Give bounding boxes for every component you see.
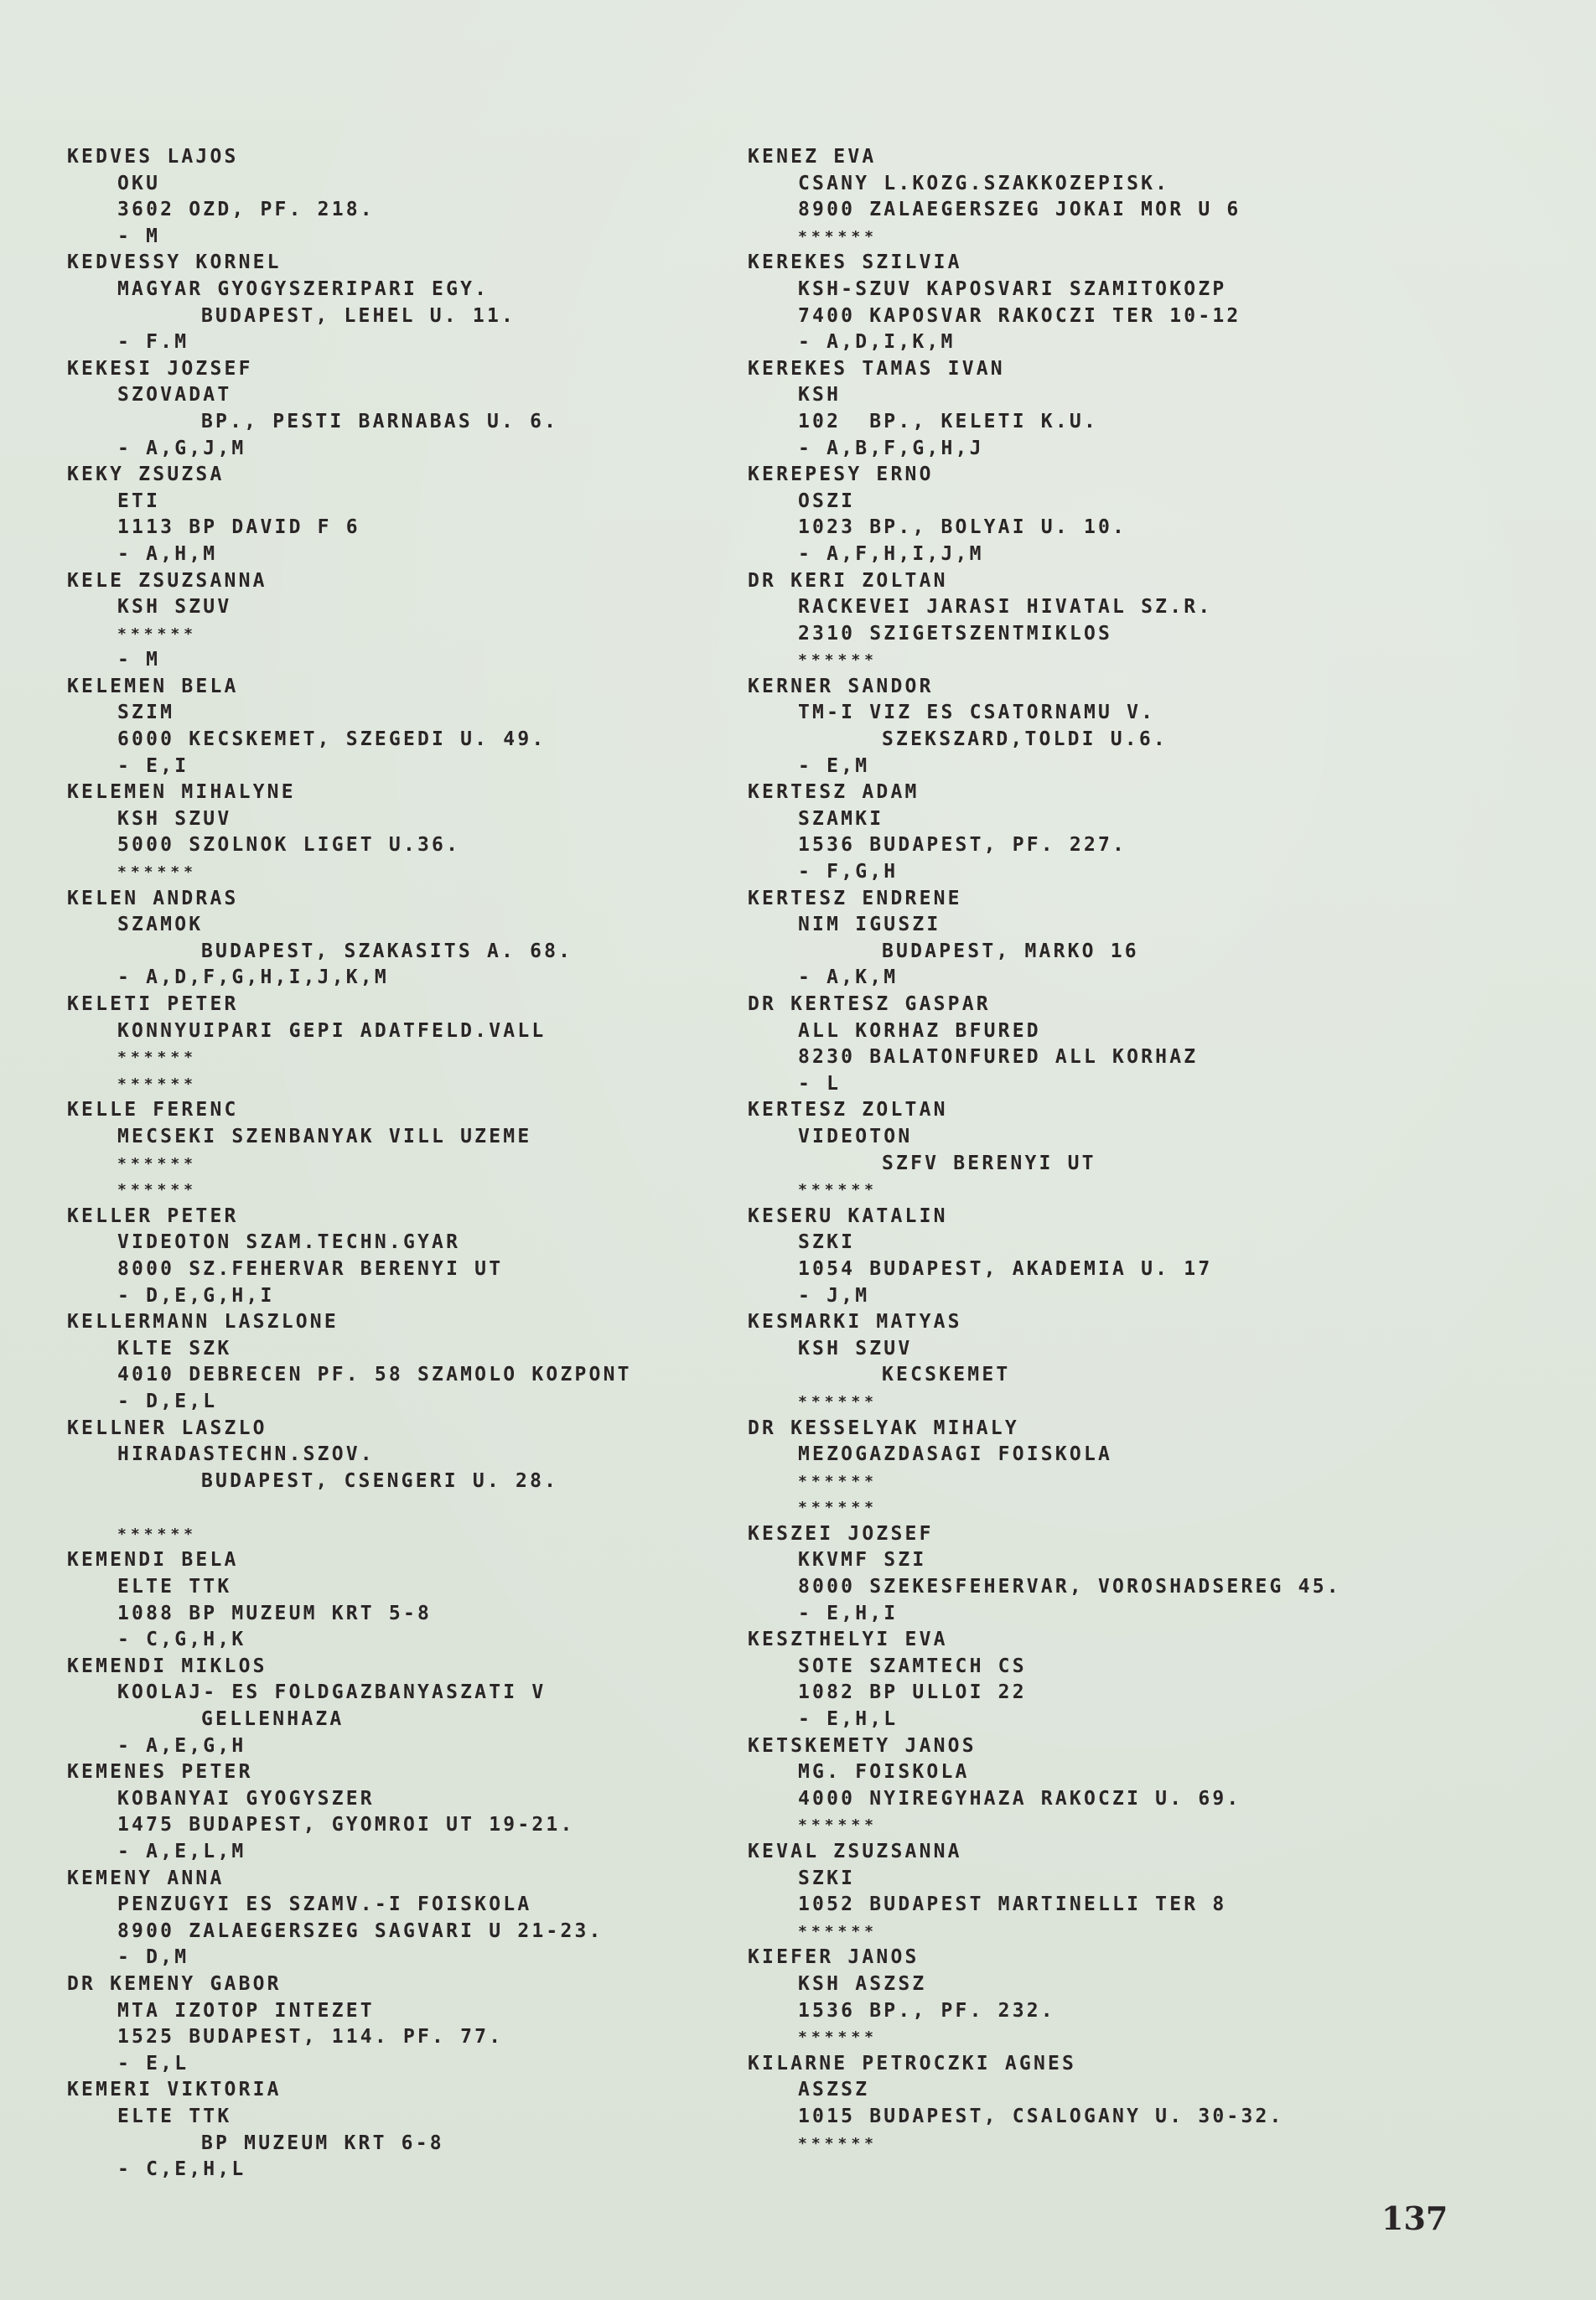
entry-name: KEMENDI MIKLOS — [67, 1654, 632, 1681]
entry-placeholder-stars: ****** — [748, 1469, 1341, 1495]
entry-address: 8900 ZALAEGERSZEG SAGVARI U 21-23. — [67, 1919, 632, 1945]
entry-detail-line: CSANY L.KOZG.SZAKKOZEPISK. — [748, 171, 1341, 198]
entry-address: 8000 SZEKESFEHERVAR, VOROSHADSEREG 45. — [748, 1574, 1341, 1601]
entry-detail-line: KSH SZUV — [67, 806, 632, 833]
entry-address: 1525 BUDAPEST, 114. PF. 77. — [67, 2024, 632, 2051]
directory-entry: KEKESI JOZSEFSZOVADATBP., PESTI BARNABAS… — [67, 356, 632, 462]
entry-address: 7400 KAPOSVAR RAKOCZI TER 10-12 — [748, 303, 1341, 330]
entry-address: 1113 BP DAVID F 6 — [67, 515, 632, 541]
entry-name: KEKY ZSUZSA — [67, 462, 632, 489]
entry-name: KEKESI JOZSEF — [67, 356, 632, 383]
page-number: 137 — [1381, 2199, 1448, 2237]
entry-placeholder-stars: ****** — [748, 2024, 1341, 2051]
directory-entry: KELLER PETERVIDEOTON SZAM.TECHN.GYAR8000… — [67, 1204, 632, 1309]
directory-entry: KILARNE PETROCZKI AGNESASZSZ1015 BUDAPES… — [748, 2051, 1341, 2157]
directory-column-left: KEDVES LAJOSOKU3602 OZD, PF. 218.- MKEDV… — [67, 144, 632, 2183]
entry-category-codes: - A,E,G,H — [67, 1733, 632, 1760]
entry-placeholder-stars: ****** — [67, 621, 632, 648]
entry-name: KERTESZ ADAM — [748, 780, 1341, 806]
entry-placeholder-stars: ****** — [748, 1812, 1341, 1839]
entry-name: DR KERTESZ GASPAR — [748, 992, 1341, 1018]
directory-entry: KEMENDI MIKLOSKOOLAJ- ES FOLDGAZBANYASZA… — [67, 1654, 632, 1759]
entry-address: 3602 OZD, PF. 218. — [67, 197, 632, 224]
entry-placeholder-stars: ****** — [748, 224, 1341, 251]
directory-column-right: KENEZ EVACSANY L.KOZG.SZAKKOZEPISK.8900 … — [748, 144, 1341, 2157]
directory-entry: KELE ZSUZSANNAKSH SZUV******- M — [67, 568, 632, 674]
entry-detail-line: SZIM — [67, 700, 632, 727]
entry-name: KESERU KATALIN — [748, 1204, 1341, 1230]
entry-detail-line: KKVMF SZI — [748, 1547, 1341, 1574]
entry-detail-line: KSH SZUV — [748, 1336, 1341, 1363]
entry-detail-line: PENZUGYI ES SZAMV.-I FOISKOLA — [67, 1892, 632, 1919]
entry-name: KEREKES TAMAS IVAN — [748, 356, 1341, 383]
entry-detail-line: ELTE TTK — [67, 1574, 632, 1601]
directory-entry: KEMERI VIKTORIAELTE TTKBP MUZEUM KRT 6-8… — [67, 2077, 632, 2183]
entry-category-codes: - A,F,H,I,J,M — [748, 541, 1341, 568]
entry-placeholder-stars: ****** — [748, 1494, 1341, 1521]
entry-name: KESMARKI MATYAS — [748, 1309, 1341, 1336]
entry-category-codes: - C,G,H,K — [67, 1627, 632, 1654]
entry-placeholder-stars: ****** — [748, 1177, 1341, 1204]
entry-address: 1536 BUDAPEST, PF. 227. — [748, 832, 1341, 859]
entry-placeholder-stars: ****** — [748, 2131, 1341, 2158]
entry-address: 1023 BP., BOLYAI U. 10. — [748, 515, 1341, 541]
entry-address: BUDAPEST, CSENGERI U. 28. — [67, 1469, 632, 1495]
entry-detail-line: MTA IZOTOP INTEZET — [67, 1998, 632, 2025]
entry-name: KELLERMANN LASZLONE — [67, 1309, 632, 1336]
entry-address: 5000 SZOLNOK LIGET U.36. — [67, 832, 632, 859]
entry-detail-line: KONNYUIPARI GEPI ADATFELD.VALL — [67, 1018, 632, 1045]
entry-category-codes: - D,E,G,H,I — [67, 1283, 632, 1310]
entry-detail-line: SZKI — [748, 1230, 1341, 1256]
entry-name: DR KERI ZOLTAN — [748, 568, 1341, 595]
entry-name: KEMENY ANNA — [67, 1866, 632, 1893]
entry-detail-line: TM-I VIZ ES CSATORNAMU V. — [748, 700, 1341, 727]
entry-name: KELEMEN BELA — [67, 674, 632, 701]
entry-detail-line: KSH SZUV — [67, 594, 632, 621]
entry-name: KEDVESSY KORNEL — [67, 250, 632, 277]
entry-detail-line: SZOVADAT — [67, 382, 632, 409]
entry-category-codes: - A,K,M — [748, 965, 1341, 992]
entry-address: BUDAPEST, SZAKASITS A. 68. — [67, 939, 632, 966]
entry-name: KERTESZ ZOLTAN — [748, 1097, 1341, 1124]
entry-detail-line: OSZI — [748, 489, 1341, 515]
directory-entry: KEDVESSY KORNELMAGYAR GYOGYSZERIPARI EGY… — [67, 250, 632, 355]
entry-placeholder-stars: ****** — [748, 1919, 1341, 1945]
entry-detail-line: RACKEVEI JARASI HIVATAL SZ.R. — [748, 594, 1341, 621]
entry-placeholder-stars: ****** — [67, 1071, 632, 1098]
entry-category-codes: - A,G,J,M — [67, 436, 632, 463]
entry-address: 4000 NYIREGYHAZA RAKOCZI U. 69. — [748, 1786, 1341, 1813]
entry-name: KEREKES SZILVIA — [748, 250, 1341, 277]
entry-address: 6000 KECSKEMET, SZEGEDI U. 49. — [67, 727, 632, 754]
entry-name: KELLNER LASZLO — [67, 1416, 632, 1443]
entry-detail-line: KLTE SZK — [67, 1336, 632, 1363]
entry-detail-line: SZAMOK — [67, 912, 632, 939]
entry-address: 4010 DEBRECEN PF. 58 SZAMOLO KOZPONT — [67, 1362, 632, 1389]
entry-address: 8000 SZ.FEHERVAR BERENYI UT — [67, 1256, 632, 1283]
directory-entry: KESMARKI MATYASKSH SZUVKECSKEMET****** — [748, 1309, 1341, 1415]
entry-address: BP MUZEUM KRT 6-8 — [67, 2131, 632, 2158]
entry-category-codes: - D,M — [67, 1945, 632, 1971]
directory-entry: KERTESZ ZOLTANVIDEOTONSZFV BERENYI UT***… — [748, 1097, 1341, 1203]
entry-address: SZEKSZARD,TOLDI U.6. — [748, 727, 1341, 754]
entry-name: KEREPESY ERNO — [748, 462, 1341, 489]
entry-name: KELE ZSUZSANNA — [67, 568, 632, 595]
entry-detail-line: MAGYAR GYOGYSZERIPARI EGY. — [67, 277, 632, 303]
entry-name: KESZTHELYI EVA — [748, 1627, 1341, 1654]
directory-entry: KIEFER JANOSKSH ASZSZ1536 BP., PF. 232.*… — [748, 1945, 1341, 2050]
entry-name: KIEFER JANOS — [748, 1945, 1341, 1971]
entry-placeholder-stars: ****** — [748, 1389, 1341, 1416]
entry-name: KELEN ANDRAS — [67, 886, 632, 913]
directory-entry: KEREKES SZILVIAKSH-SZUV KAPOSVARI SZAMIT… — [748, 250, 1341, 355]
entry-category-codes: - A,B,F,G,H,J — [748, 436, 1341, 463]
entry-detail-line: MEZOGAZDASAGI FOISKOLA — [748, 1442, 1341, 1469]
entry-name: KESZEI JOZSEF — [748, 1521, 1341, 1548]
directory-entry: KEMENDI BELAELTE TTK1088 BP MUZEUM KRT 5… — [67, 1547, 632, 1653]
entry-detail-line: MECSEKI SZENBANYAK VILL UZEME — [67, 1124, 632, 1151]
entry-name: KEMENDI BELA — [67, 1547, 632, 1574]
directory-entry: KEREKES TAMAS IVANKSH102 BP., KELETI K.U… — [748, 356, 1341, 462]
entry-name: KEVAL ZSUZSANNA — [748, 1839, 1341, 1866]
directory-entry: KEDVES LAJOSOKU3602 OZD, PF. 218.- M — [67, 144, 632, 250]
entry-name: DR KESSELYAK MIHALY — [748, 1416, 1341, 1443]
entry-placeholder-stars: ****** — [67, 1177, 632, 1204]
entry-detail-line: ELTE TTK — [67, 2104, 632, 2131]
entry-detail-line: KOBANYAI GYOGYSZER — [67, 1786, 632, 1813]
directory-entry: DR KERI ZOLTANRACKEVEI JARASI HIVATAL SZ… — [748, 568, 1341, 674]
entry-detail-line: MG. FOISKOLA — [748, 1759, 1341, 1786]
entry-category-codes: - L — [748, 1071, 1341, 1098]
directory-entry: KERTESZ ADAMSZAMKI1536 BUDAPEST, PF. 227… — [748, 780, 1341, 885]
entry-name: KELEMEN MIHALYNE — [67, 780, 632, 806]
directory-entry: KESZTHELYI EVASOTE SZAMTECH CS1082 BP UL… — [748, 1627, 1341, 1733]
entry-name: KENEZ EVA — [748, 144, 1341, 171]
directory-entry: KELEMEN BELASZIM6000 KECSKEMET, SZEGEDI … — [67, 674, 632, 780]
entry-detail-line: ETI — [67, 489, 632, 515]
entry-category-codes: - J,M — [748, 1283, 1341, 1310]
entry-detail-line: NIM IGUSZI — [748, 912, 1341, 939]
entry-address: GELLENHAZA — [67, 1707, 632, 1733]
entry-placeholder-stars: ****** — [748, 647, 1341, 674]
entry-name: KELETI PETER — [67, 992, 632, 1018]
entry-placeholder-stars: ****** — [67, 1521, 632, 1548]
directory-entry: KELLE FERENCMECSEKI SZENBANYAK VILL UZEM… — [67, 1097, 632, 1203]
entry-detail-line — [67, 1494, 632, 1521]
entry-category-codes: - M — [67, 647, 632, 674]
entry-placeholder-stars: ****** — [67, 859, 632, 886]
directory-entry: KEKY ZSUZSAETI1113 BP DAVID F 6- A,H,M — [67, 462, 632, 567]
entry-placeholder-stars: ****** — [67, 1044, 632, 1071]
directory-entry: KESERU KATALINSZKI1054 BUDAPEST, AKADEMI… — [748, 1204, 1341, 1309]
entry-address: 1015 BUDAPEST, CSALOGANY U. 30-32. — [748, 2104, 1341, 2131]
entry-address: 1088 BP MUZEUM KRT 5-8 — [67, 1601, 632, 1628]
entry-address: 2310 SZIGETSZENTMIKLOS — [748, 621, 1341, 648]
entry-detail-line: OKU — [67, 171, 632, 198]
entry-category-codes: - A,D,I,K,M — [748, 329, 1341, 356]
entry-name: KERTESZ ENDRENE — [748, 886, 1341, 913]
entry-category-codes: - E,M — [748, 754, 1341, 780]
entry-detail-line: KSH — [748, 382, 1341, 409]
entry-address: 1475 BUDAPEST, GYOMROI UT 19-21. — [67, 1812, 632, 1839]
directory-entry: KENEZ EVACSANY L.KOZG.SZAKKOZEPISK.8900 … — [748, 144, 1341, 250]
entry-detail-line: HIRADASTECHN.SZOV. — [67, 1442, 632, 1469]
entry-detail-line: SZAMKI — [748, 806, 1341, 833]
entry-category-codes: - C,E,H,L — [67, 2157, 632, 2183]
entry-detail-line: SOTE SZAMTECH CS — [748, 1654, 1341, 1681]
directory-entry: KERTESZ ENDRENENIM IGUSZIBUDAPEST, MARKO… — [748, 886, 1341, 992]
entry-detail-line: ASZSZ — [748, 2077, 1341, 2104]
entry-address: BUDAPEST, MARKO 16 — [748, 939, 1341, 966]
entry-name: KELLER PETER — [67, 1204, 632, 1230]
entry-placeholder-stars: ****** — [67, 1151, 632, 1178]
directory-entry: KEVAL ZSUZSANNASZKI1052 BUDAPEST MARTINE… — [748, 1839, 1341, 1945]
directory-entry: KELLERMANN LASZLONEKLTE SZK4010 DEBRECEN… — [67, 1309, 632, 1415]
entry-detail-line: VIDEOTON — [748, 1124, 1341, 1151]
entry-detail-line: KSH ASZSZ — [748, 1971, 1341, 1998]
entry-category-codes: - E,I — [67, 754, 632, 780]
directory-entry: KELEMEN MIHALYNEKSH SZUV5000 SZOLNOK LIG… — [67, 780, 632, 885]
directory-entry: DR KESSELYAK MIHALYMEZOGAZDASAGI FOISKOL… — [748, 1416, 1341, 1521]
entry-category-codes: - A,H,M — [67, 541, 632, 568]
directory-entry: KERNER SANDORTM-I VIZ ES CSATORNAMU V.SZ… — [748, 674, 1341, 780]
entry-name: KELLE FERENC — [67, 1097, 632, 1124]
entry-name: KILARNE PETROCZKI AGNES — [748, 2051, 1341, 2078]
entry-category-codes: - A,E,L,M — [67, 1839, 632, 1866]
entry-address: KECSKEMET — [748, 1362, 1341, 1389]
entry-address: 1054 BUDAPEST, AKADEMIA U. 17 — [748, 1256, 1341, 1283]
entry-detail-line: VIDEOTON SZAM.TECHN.GYAR — [67, 1230, 632, 1256]
directory-entry: KEMENES PETERKOBANYAI GYOGYSZER1475 BUDA… — [67, 1759, 632, 1865]
entry-category-codes: - E,L — [67, 2051, 632, 2078]
entry-name: DR KEMENY GABOR — [67, 1971, 632, 1998]
entry-detail-line: ALL KORHAZ BFURED — [748, 1018, 1341, 1045]
entry-name: KEMERI VIKTORIA — [67, 2077, 632, 2104]
entry-name: KEMENES PETER — [67, 1759, 632, 1786]
entry-detail-line: KOOLAJ- ES FOLDGAZBANYASZATI V — [67, 1680, 632, 1707]
entry-address: 1082 BP ULLOI 22 — [748, 1680, 1341, 1707]
entry-address: 8900 ZALAEGERSZEG JOKAI MOR U 6 — [748, 197, 1341, 224]
entry-category-codes: - M — [67, 224, 632, 251]
directory-entry: KEMENY ANNAPENZUGYI ES SZAMV.-I FOISKOLA… — [67, 1866, 632, 1971]
entry-category-codes: - D,E,L — [67, 1389, 632, 1416]
entry-address: 1052 BUDAPEST MARTINELLI TER 8 — [748, 1892, 1341, 1919]
directory-entry: KETSKEMETY JANOSMG. FOISKOLA4000 NYIREGY… — [748, 1733, 1341, 1839]
entry-address: 102 BP., KELETI K.U. — [748, 409, 1341, 436]
directory-entry: DR KEMENY GABORMTA IZOTOP INTEZET1525 BU… — [67, 1971, 632, 2077]
entry-category-codes: - F.M — [67, 329, 632, 356]
entry-name: KETSKEMETY JANOS — [748, 1733, 1341, 1760]
entry-category-codes: - E,H,L — [748, 1707, 1341, 1733]
entry-address: BUDAPEST, LEHEL U. 11. — [67, 303, 632, 330]
directory-entry: KELLNER LASZLOHIRADASTECHN.SZOV.BUDAPEST… — [67, 1416, 632, 1548]
directory-entry: KEREPESY ERNOOSZI1023 BP., BOLYAI U. 10.… — [748, 462, 1341, 567]
entry-name: KEDVES LAJOS — [67, 144, 632, 171]
entry-address: BP., PESTI BARNABAS U. 6. — [67, 409, 632, 436]
entry-name: KERNER SANDOR — [748, 674, 1341, 701]
entry-detail-line: KSH-SZUV KAPOSVARI SZAMITOKOZP — [748, 277, 1341, 303]
directory-entry: KELEN ANDRASSZAMOKBUDAPEST, SZAKASITS A.… — [67, 886, 632, 992]
entry-category-codes: - F,G,H — [748, 859, 1341, 886]
directory-entry: KELETI PETERKONNYUIPARI GEPI ADATFELD.VA… — [67, 992, 632, 1097]
entry-detail-line: SZKI — [748, 1866, 1341, 1893]
entry-address: 8230 BALATONFURED ALL KORHAZ — [748, 1044, 1341, 1071]
entry-category-codes: - A,D,F,G,H,I,J,K,M — [67, 965, 632, 992]
entry-category-codes: - E,H,I — [748, 1601, 1341, 1628]
entry-address: 1536 BP., PF. 232. — [748, 1998, 1341, 2025]
directory-entry: DR KERTESZ GASPARALL KORHAZ BFURED8230 B… — [748, 992, 1341, 1097]
entry-address: SZFV BERENYI UT — [748, 1151, 1341, 1178]
directory-entry: KESZEI JOZSEFKKVMF SZI8000 SZEKESFEHERVA… — [748, 1521, 1341, 1627]
